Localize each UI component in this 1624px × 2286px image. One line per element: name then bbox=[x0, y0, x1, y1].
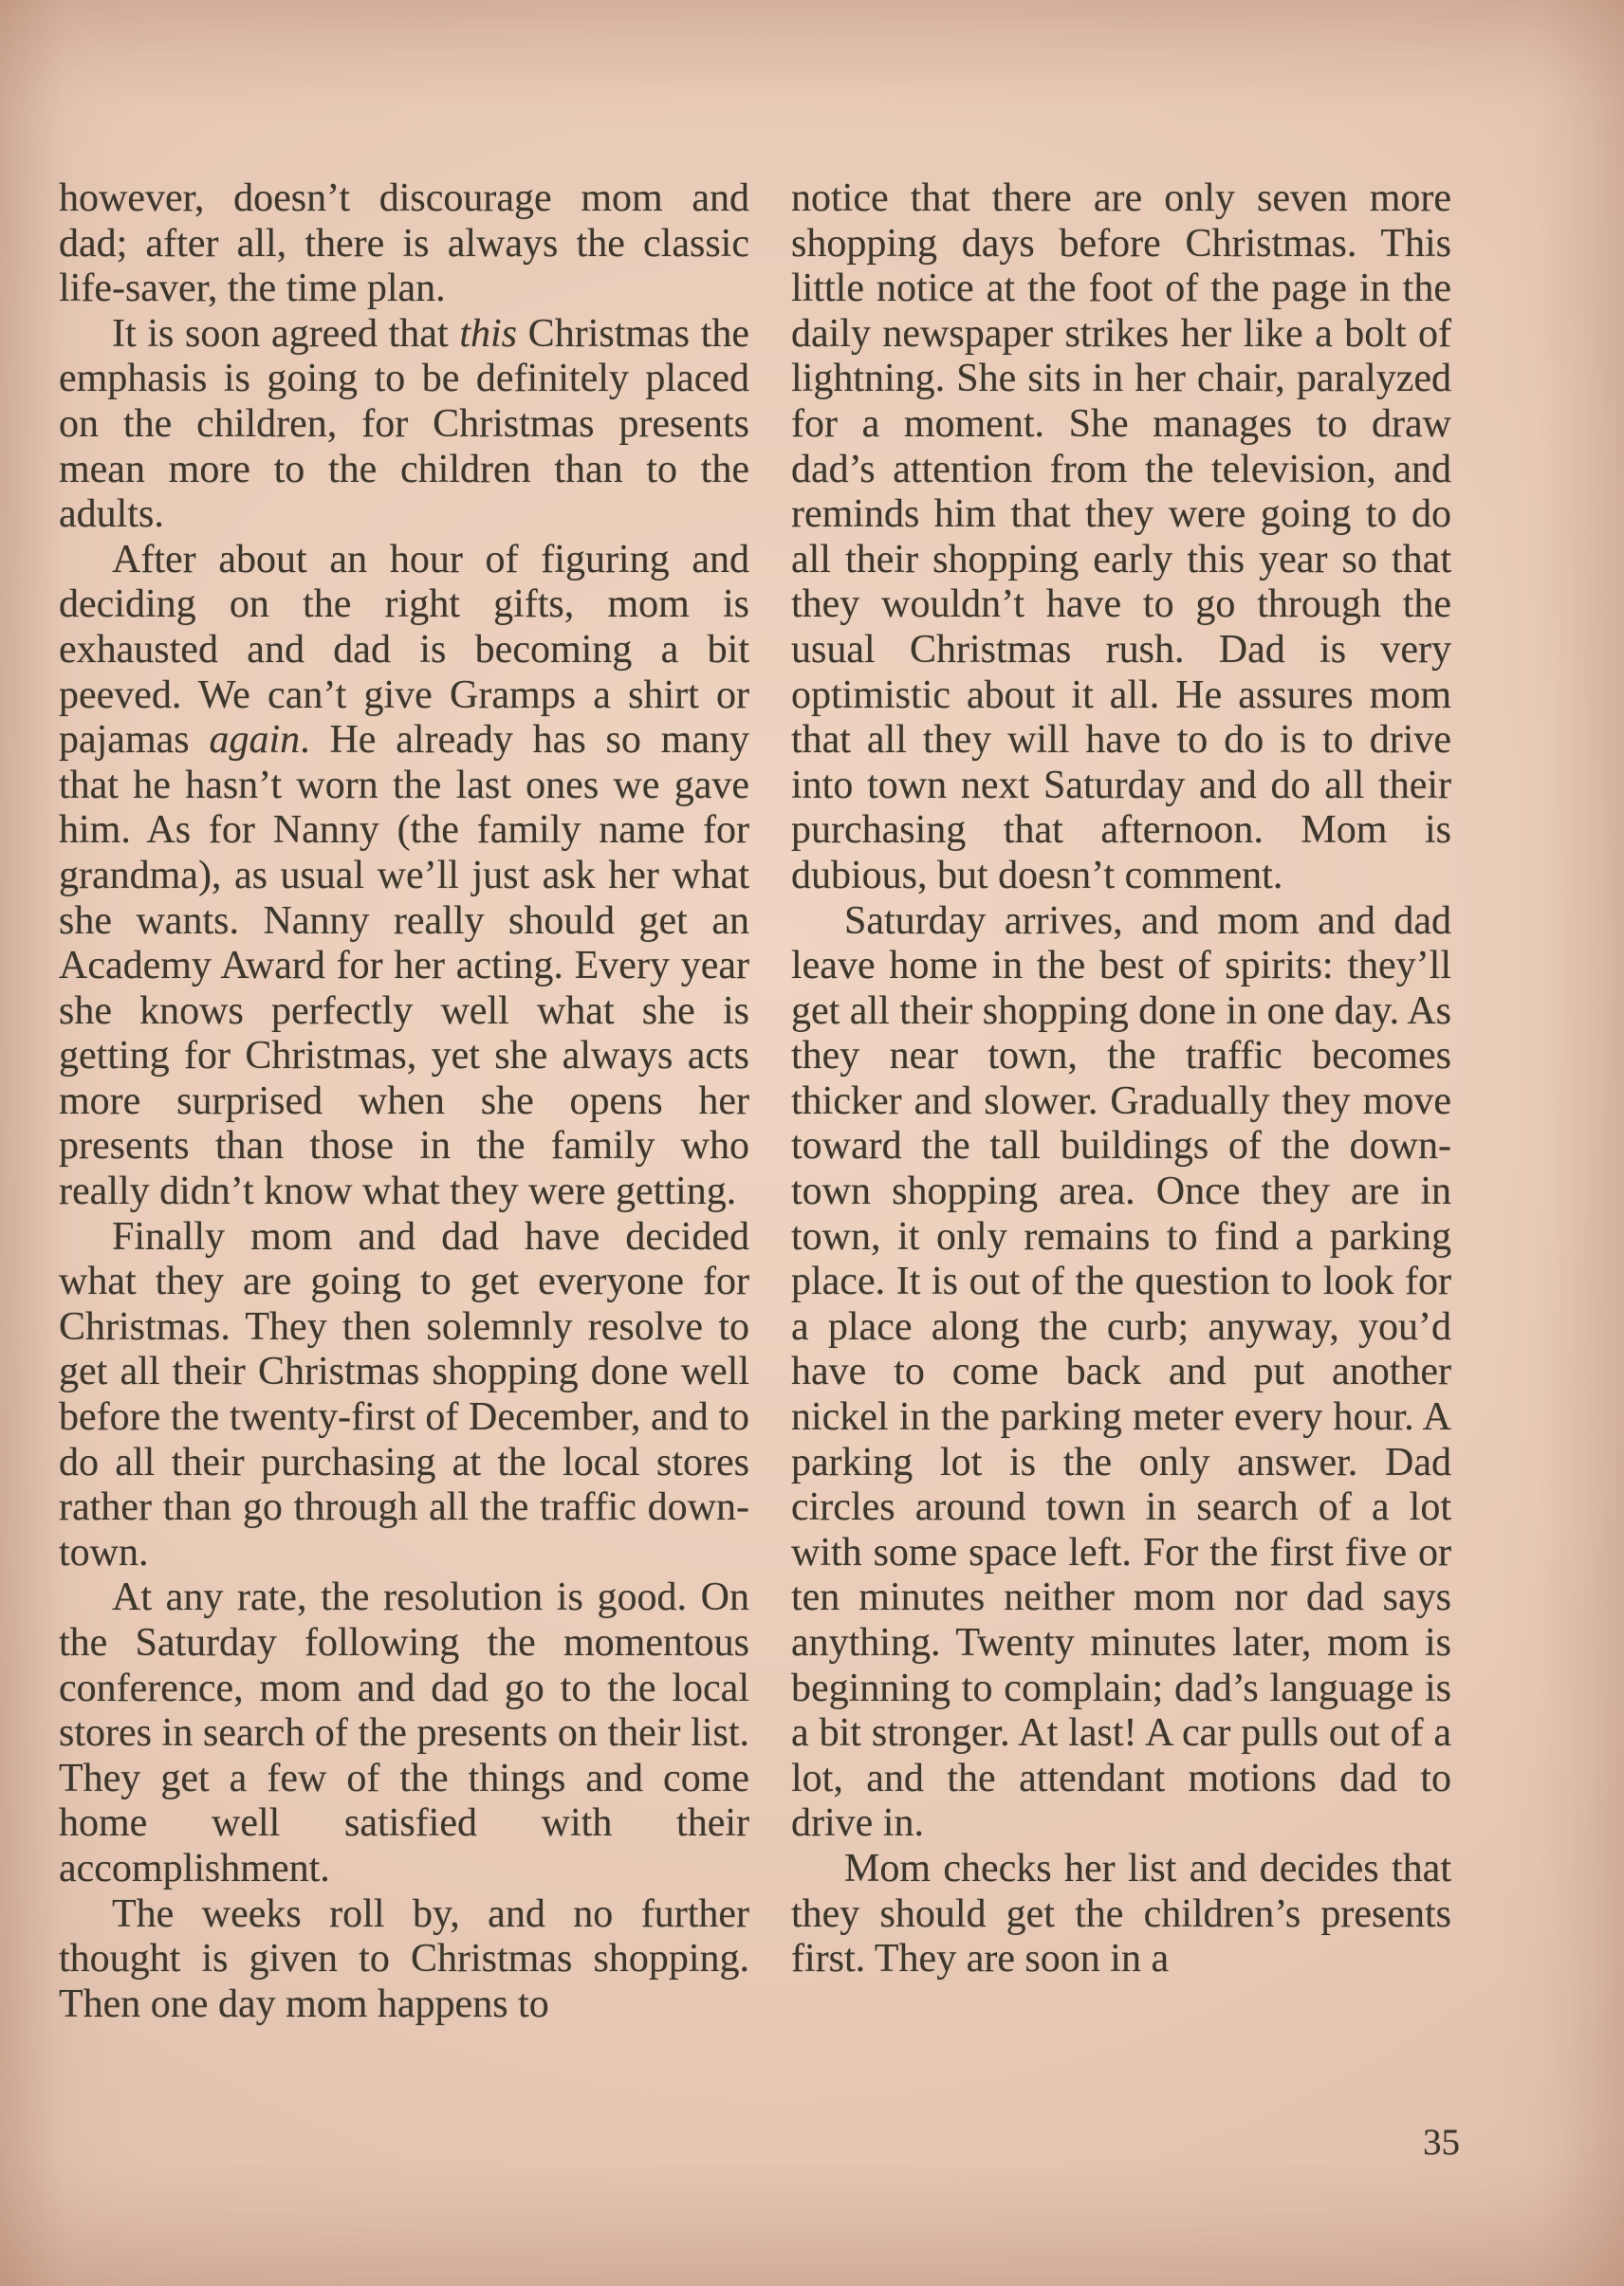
paragraph-left-1: however, doesn’t discourage mom and dad;… bbox=[59, 176, 749, 312]
paragraph-right-2: Saturday arrives, and mom and dad leave … bbox=[791, 899, 1451, 1847]
paragraph-right-3: Mom checks her list and decides that the… bbox=[791, 1847, 1451, 1982]
paragraph-left-2: It is soon agreed that this Christmas th… bbox=[59, 312, 749, 538]
left-column: however, doesn’t discourage mom and dad;… bbox=[59, 176, 749, 2027]
paragraph-right-1: notice that there are only seven more sh… bbox=[791, 176, 1451, 899]
italic-word-this: this bbox=[459, 312, 517, 356]
paragraph-text: . He already has so many that he hasn’t … bbox=[59, 718, 749, 1213]
paragraph-left-6: The weeks roll by, and no further though… bbox=[59, 1892, 749, 2028]
paragraph-text: It is soon agreed that bbox=[112, 312, 459, 356]
paragraph-left-4: Finally mom and dad have decided what th… bbox=[59, 1215, 749, 1576]
italic-word-again: again bbox=[209, 718, 300, 762]
paragraph-left-5: At any rate, the resolution is good. On … bbox=[59, 1576, 749, 1891]
book-page: however, doesn’t discourage mom and dad;… bbox=[0, 0, 1624, 2286]
paragraph-left-3: After about an hour of figuring and deci… bbox=[59, 538, 749, 1215]
page-number: 35 bbox=[1423, 2121, 1460, 2164]
right-column: notice that there are only seven more sh… bbox=[791, 176, 1451, 1982]
